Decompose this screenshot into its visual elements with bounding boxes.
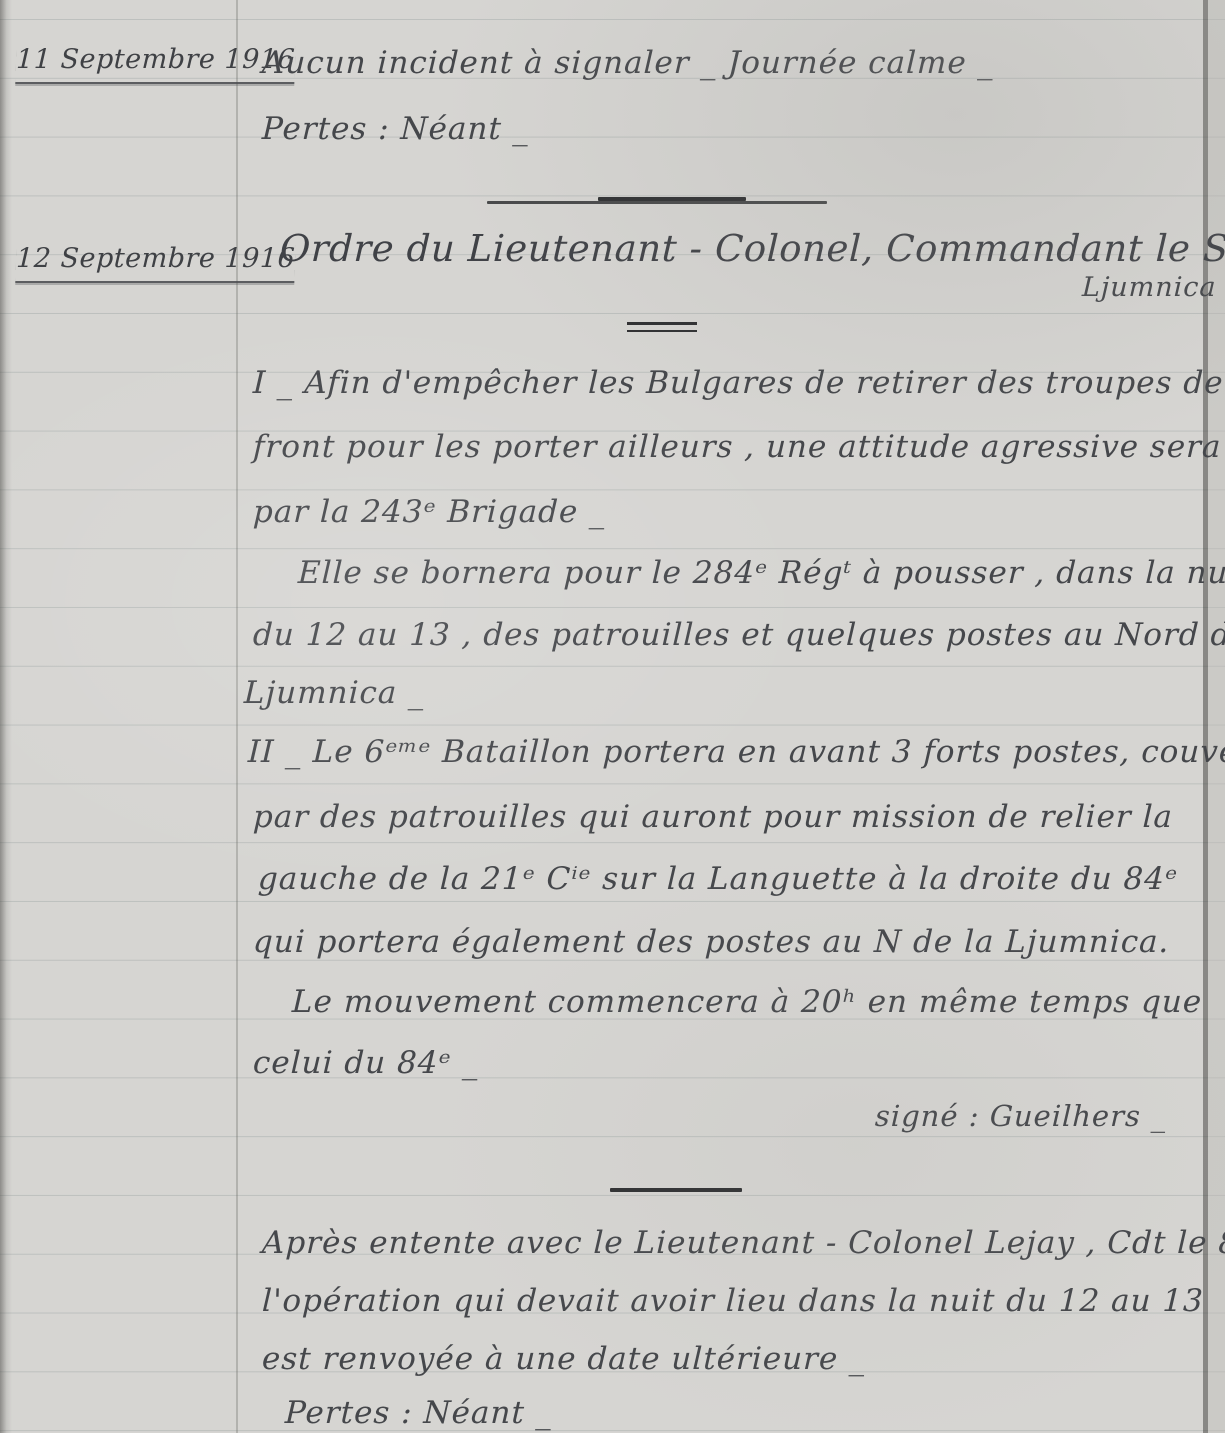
entry-date-12-septembre: 12 Septembre 1916: [15, 243, 295, 283]
order-title: Ordre du Lieutenant - Colonel, Commandan…: [279, 228, 1225, 271]
scan-edge-left: [0, 0, 12, 1433]
order-title-place: Ljumnica _: [1081, 272, 1225, 303]
ruled-lines: [0, 0, 1225, 1433]
page-margin-right: [1208, 0, 1225, 1433]
postscript-line: Après entente avec le Lieutenant - Colon…: [261, 1226, 1225, 1262]
section2-line: II _ Le 6ᵉᵐᵉ Bataillon portera en avant …: [247, 735, 1225, 771]
section1-line: I _ Afin d'empêcher les Bulgares de reti…: [252, 366, 1225, 402]
entry-divider: [487, 201, 827, 204]
section2-line: Le mouvement commencera à 20ʰ en même te…: [291, 985, 1202, 1021]
date-column-rule: [236, 0, 238, 1433]
signature-line: signé : Gueilhers _: [874, 1100, 1167, 1133]
journal-line-report: Aucun incident à signaler _ Journée calm…: [261, 46, 994, 82]
entry-divider-stroke: [598, 197, 746, 201]
section2-line: par des patrouilles qui auront pour miss…: [252, 800, 1173, 836]
section1-line: Elle se bornera pour le 284ᵉ Régᵗ à pous…: [297, 556, 1225, 592]
entry-date-11-septembre: 11 Septembre 1916: [15, 44, 295, 84]
postscript-line: est renvoyée à une date ultérieure _: [261, 1342, 866, 1378]
section1-line: par la 243ᵉ Brigade _: [252, 495, 606, 531]
section2-line: qui portera également des postes au N de…: [252, 925, 1170, 961]
journal-page: 11 Septembre 1916 Aucun incident à signa…: [0, 0, 1225, 1433]
journal-line-losses: Pertes : Néant _: [261, 112, 529, 148]
postscript-line: Pertes : Néant _: [284, 1396, 552, 1432]
section2-line: celui du 84ᵉ _: [252, 1046, 479, 1082]
section1-line: du 12 au 13 , des patrouilles et quelque…: [252, 618, 1225, 654]
section1-line: front pour les porter ailleurs , une att…: [252, 430, 1225, 466]
section2-line: gauche de la 21ᵉ Cⁱᵉ sur la Languette à …: [257, 862, 1178, 898]
postscript-divider: [610, 1188, 742, 1192]
order-title-divider: [627, 322, 697, 332]
postscript-line: l'opération qui devait avoir lieu dans l…: [261, 1284, 1204, 1320]
section1-line: Ljumnica _: [243, 676, 425, 712]
